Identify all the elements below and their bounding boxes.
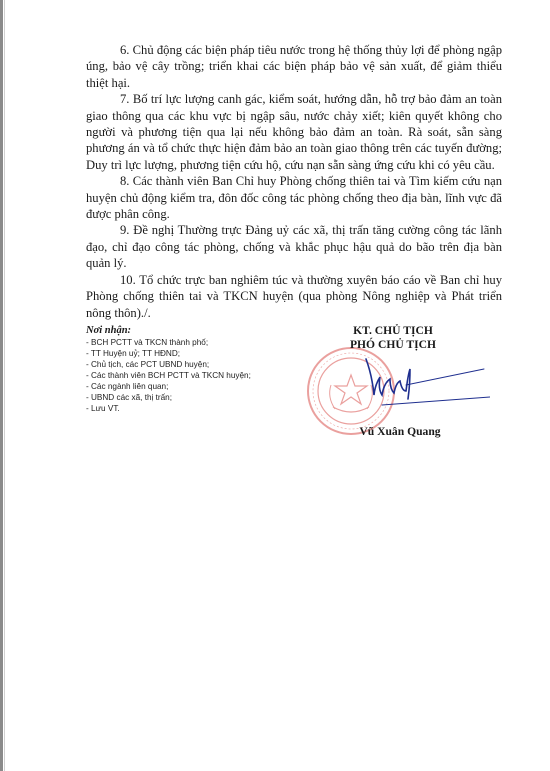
paragraph-8: 8. Các thành viên Ban Chỉ huy Phòng chốn… [86,173,502,222]
paragraph-9: 9. Đề nghị Thường trực Đảng uỷ các xã, t… [86,222,502,271]
recipient-item: - BCH PCTT và TKCN thành phố; [86,337,306,348]
recipient-item: - Các thành viên BCH PCTT và TKCN huyện; [86,370,306,381]
signer-role-1: KT. CHỦ TỊCH [318,324,468,338]
recipient-item: - Các ngành liên quan; [86,381,306,392]
recipient-item: - Lưu VT. [86,403,306,414]
paragraph-6: 6. Chủ động các biện pháp tiêu nước tron… [86,42,502,91]
document-body: 6. Chủ động các biện pháp tiêu nước tron… [86,42,502,321]
recipient-item: - TT Huyện uỷ; TT HĐND; [86,348,306,359]
recipients-block: Nơi nhận: - BCH PCTT và TKCN thành phố; … [86,325,306,414]
signature-icon [360,355,490,415]
page-left-border-shadow [4,0,5,771]
recipients-title: Nơi nhận: [86,325,306,337]
paragraph-7: 7. Bố trí lực lượng canh gác, kiểm soát,… [86,91,502,173]
signer-role-2: PHÓ CHỦ TỊCH [318,338,468,352]
page-left-border [0,0,3,771]
recipient-item: - Chủ tịch, các PCT UBND huyện; [86,359,306,370]
recipient-item: - UBND các xã, thị trấn; [86,392,306,403]
signer-name: Vũ Xuân Quang [335,425,465,438]
paragraph-10: 10. Tổ chức trực ban nghiêm túc và thườn… [86,272,502,321]
signature-block: KT. CHỦ TỊCH PHÓ CHỦ TỊCH [318,324,468,352]
